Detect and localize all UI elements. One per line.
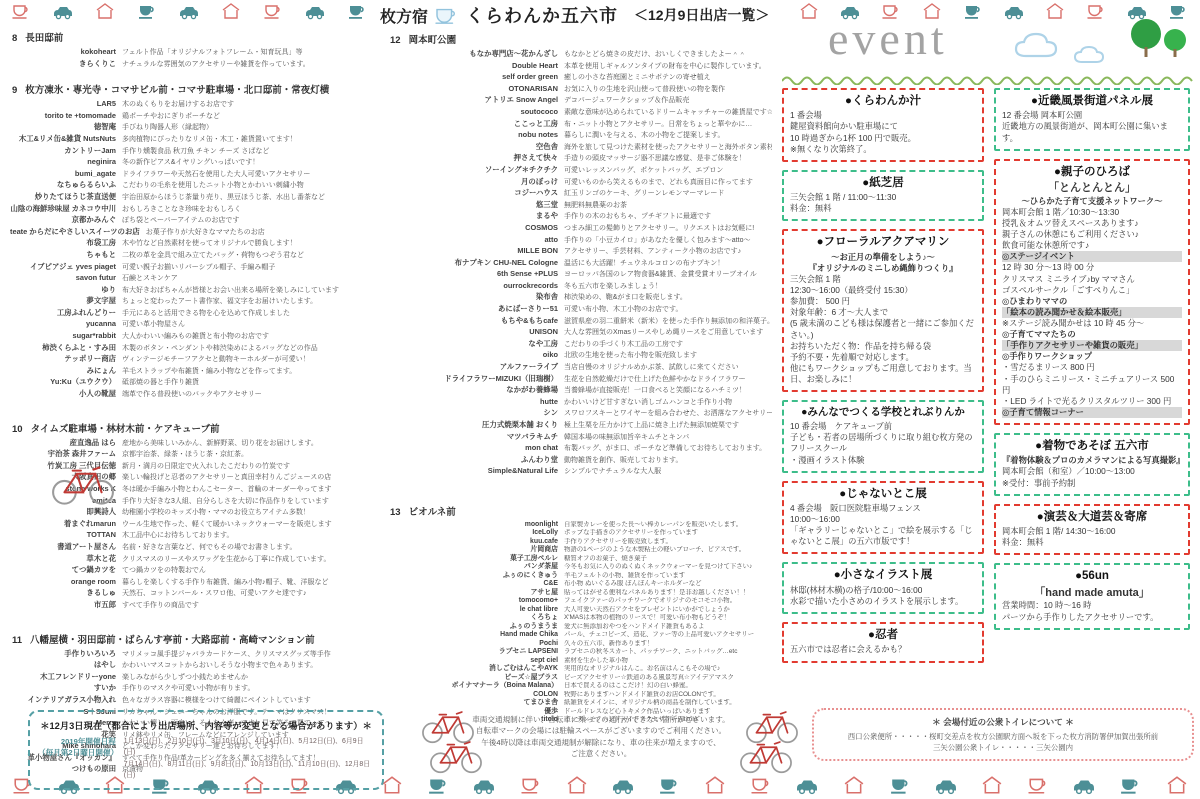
vendor-name: 小人の靴屋 (10, 389, 122, 400)
vendor-row: 菓子工房ペルレ糖質オフのお菓子、焼き菓子 (388, 555, 772, 564)
listing-date-label: ＜12月9日出店一覧＞ (634, 5, 769, 25)
vendor-name: カントリーJam (10, 146, 122, 157)
event-box-line: 料金：無料 (1002, 537, 1182, 548)
vendor-row: 押さえて快々手造りの頭皮マッサージ器不思議な感覚、是非ご体験を！ (388, 153, 772, 165)
event-box-line: 『オリジナルのミニしめ縄飾りつくり』 (790, 263, 976, 274)
vendor-description: 布大好きおばちゃんが皆様とお会い出来る場所を楽しみにしています (122, 286, 382, 297)
vendor-name: ここっと工房 (388, 119, 564, 130)
vendor-description: 癒しの小さな苔庭園とミニサボテンの寄せ植え (564, 73, 772, 84)
vendor-row: シンスワロフスキーとワイヤーを組み合わせた、お洒落なアクセサリー (388, 408, 772, 420)
vendor-description: 紙雑貨をメインに、オリジナル柄の商品を制作しています。 (564, 699, 772, 708)
vendor-description: 手作り大好きな3人組、自分らしさを大切に作品作りをしています (122, 497, 382, 508)
vendor-name: 布ナプキン CHU-NEL Cologne (388, 258, 564, 269)
vendor-name: 布袋工房 (10, 238, 122, 249)
vendor-row: なかがわ養蜂場当養蜂場が直接販売！一口食べると笑顔になるハチミツ！ (388, 385, 772, 397)
vendor-description: 産地から美味しいみかん、新鮮野菜、切り花をお届けします。 (122, 439, 382, 450)
vendor-name: てまひま舎 (388, 699, 564, 708)
house-icon (221, 2, 241, 20)
vendor-row: テッポリー商店ヴィンテージモチーフアクセと動物キーホルダーが可愛い！ (10, 354, 382, 366)
vendor-row: mon chat布製バッグ、がま口、ポーチなど準備してお待ちしております。 (388, 443, 772, 455)
vendor-description: 多肉植物にぴったりなリメ缶・木工・雑貨置いてます！ (122, 135, 382, 146)
vendor-row: インテリアガラス小物入れ色々なガラス容器に模様をつけて綺麗にペイントしています (10, 695, 382, 707)
traffic-note-line: 自転車マークの会場には駐輪スペースがございますのでご利用ください。 (462, 725, 740, 736)
vendor-description: かわいいけど甘すぎない消しゴムハンコと手作り小物 (564, 398, 772, 409)
vendor-description: すべて手作りの商品です (122, 601, 382, 612)
event-box-line: ・手のひらミニリース・ミニチュアリース 500 円 (1002, 374, 1182, 396)
vendor-name: パンダ茶屋 (388, 563, 564, 572)
vendor-name: bumi_agate (10, 169, 122, 180)
decorative-border-top-left (0, 1, 378, 21)
vendor-row: 草木と花クリスマスのリースやスワッグを生花から丁寧に作成しています。 (10, 554, 382, 566)
vendor-description: 手作りの「小豆カイロ」があなたを優しく包みます～atto～ (564, 236, 772, 247)
vendor-description: お菓子作りが大好きなママたちのお店 (146, 228, 382, 239)
bicycle-icon (50, 460, 116, 506)
brand-label: 枚方宿 (380, 4, 428, 27)
vendor-description: 鶏ポーチやおにぎりポーチなど (122, 112, 382, 123)
vendor-name: 工房ふれんどりー (10, 308, 122, 319)
vendor-description: 手作りの木のおもちゃ、プチギフトに最適です (564, 212, 772, 223)
revision-note: ＊12月3日現在（都合により出店場所、内容等が変更となる場合があります）＊ (38, 718, 374, 732)
teacup-outline-icon (11, 2, 31, 20)
section-header: 8長田邸前 (10, 30, 382, 44)
vendor-row: 京都かみんぐぽち袋とペーパーアイテムのお店です (10, 215, 382, 227)
vendor-row: くろちょX'MASは本物の植物のリースで！可愛い布小物もどうぞ！ (388, 614, 772, 623)
vendor-description: 天然石、コットンパール・スワロ他、可愛いアクセ達です♪ (122, 589, 382, 600)
vendor-description: 幼稚園小学校のキッズ小物・ママのお役立ちアイテム多数！ (122, 508, 382, 519)
section-number: 11 (12, 635, 22, 646)
vendor-name: ゆり (10, 285, 122, 296)
vendor-name: Double Heart (388, 61, 564, 72)
vendor-row: ここっと工房布・ニット小物とアクセサリー。日常をちょっと華やかに… (388, 119, 772, 131)
vendor-row: oiko北欧の生地を使った布小物を販売致します (388, 350, 772, 362)
vendor-row: OTONARISANお気に入りの生地を沢山使って普段使いの物を製作 (388, 84, 772, 96)
vendor-row: 布袋工房木や竹など自然素材を使ってオリジナルで勝負します！ (10, 238, 382, 250)
vendor-row: self order green癒しの小さな苔庭園とミニサボテンの寄せ植え (388, 72, 772, 84)
vendor-description: ラプセニの秋冬スカート、パッチワーク、ニットバッグ…etc (564, 648, 772, 657)
vendor-name: 京都かみんぐ (10, 215, 122, 226)
vendor-row: てつ鍋カツをてつ鍋カツをの特製おでん (10, 565, 382, 577)
toilet-note-body: 西口公衆便所・・・・・桜町交差点を枚方公園駅方面へ坂を下った枚方消防署伊加賀出張… (820, 731, 1186, 753)
event-box-line: 飲食可能な休憩所です♪ (1002, 240, 1182, 251)
vendor-name: atto (388, 235, 564, 246)
vendor-description: 滋賀県産の羽二重餅米（新米）を使った手作り無添加の和洋菓子。 (564, 317, 772, 328)
vendor-description: デコパージュワークショップ＆作品販売 (564, 96, 772, 107)
schedule-dates-line1: 1月13日(日)、2月10日(日)、3月10日(日)、4月14日(日)、5月12… (124, 736, 374, 759)
vendor-name: ourrockrecords (388, 281, 564, 292)
vendor-description: 端革で作る普段使いのバックやアクセサリー (122, 390, 382, 401)
traffic-note-line: ご注意ください。 (462, 748, 740, 759)
event-column-left: ●くらわんか汁 1 番会場鍵屋資料館向かい駐車場にて10 時過ぎから1杯 100… (782, 88, 984, 671)
vendor-description: 素敵な意味が込められているドリームキャッチャーの雑貨屋です☆ (564, 108, 772, 119)
vendor-row: 圧力式焼栗本舗 おくり極上生栗を圧力かけて上品に焼き上げた無添加焼栗です (388, 420, 772, 432)
bicycle-icon (738, 736, 794, 774)
vendor-name: 片岡商店 (388, 546, 564, 555)
vendor-description: 可愛い親子お揃いリバーシブル帽子、手編み帽子 (122, 263, 382, 274)
vendor-name: アルファーライブ (388, 362, 564, 373)
event-box-line: 三矢会館 1 階 / 11:00～11:30 (790, 192, 976, 203)
teacup-outline-icon (1026, 775, 1050, 795)
vendor-row: きるしゅ天然石、コットンパール・スワロ他、可愛いアクセ達です♪ (10, 588, 382, 600)
vendor-row: Double Heart本革を使用しギャルソンタイプの財布を中心に製作しています… (388, 61, 772, 73)
section-9: 9枚方凍氷・専光寺・コマサビル前・コマサ駐車場・北口邸前・常夜灯横 LAR5木の… (10, 82, 382, 400)
vendor-name: 6th Sense +PLUS (388, 269, 564, 280)
teacup-icon (433, 5, 461, 25)
event-box-line: 10 番会場 ケアキューブ前 (790, 421, 976, 432)
vendor-row: sept ciel素材を生かした革小物 (388, 657, 772, 666)
car-icon (934, 775, 958, 795)
event-header: event (782, 16, 1196, 88)
vendor-description: 手作りのマスクや可愛い小物が有ります。 (122, 684, 382, 695)
vendor-description: 北欧の生地を使った布小物を販売致します (564, 351, 772, 362)
trees-icon (1128, 16, 1190, 60)
event-box-body: 林邸(林材木横)の格子/10:00～16:00水彩で描いた小さめのイラストを展示… (790, 585, 976, 607)
vendor-name: hutte (388, 397, 564, 408)
vendor-description: 無肥料無農薬のお茶 (564, 201, 772, 212)
vendor-description: 極上生栗を圧力かけて上品に焼き上げた無添加焼栗です (564, 421, 772, 432)
vendor-name: oiko (388, 350, 564, 361)
vendor-description: 牧野にありますハンドメイド雑貨のお店COLONです。 (564, 691, 772, 700)
section-number: 13 (390, 507, 401, 518)
vendor-name: 消しごむはんこやAYK (388, 665, 564, 674)
vendor-description: 二枚の革を金具で組み立てたバッグ・荷物もつぞう君など (122, 251, 382, 262)
event-box-engei: ●演芸＆大道芸＆寄席 岡本町会館 1 階/ 14:30～16:00料金：無料 (994, 504, 1190, 556)
vendor-description: フェルト作品「オリジナルフォトフレーム・知育玩具」等 (122, 48, 382, 59)
event-box-body: 岡本町会館 1 階/ 14:30～16:00料金：無料 (1002, 526, 1182, 548)
vendor-name: シン (388, 408, 564, 419)
vendor-name: コジーハウス (388, 188, 564, 199)
vendor-description: 動物雑貨を創作、販売しております。 (564, 456, 772, 467)
vendor-description: ドライフラワーや天然石を使用した大人可愛いアクセサリー (122, 170, 382, 181)
vendor-row: bumi_agateドライフラワーや天然石を使用した大人可愛いアクセサリー (10, 169, 382, 181)
vendor-description: てつ鍋カツをの特製おでん (122, 566, 382, 577)
event-box-kinki-panel: ●近畿風景街道パネル展 12 番会場 岡本町公園近畿地方の風景街道が、岡本町公園… (994, 88, 1190, 151)
vendor-name: ふぅのにくきゅう (388, 572, 564, 581)
vendor-description: 貼ってはがせる便利なパネルあります！是非お越しください！！ (564, 589, 772, 598)
vendor-name: 山陰の海鮮珍味屋 カネコウ中川 (10, 204, 122, 215)
vendor-description: 大人かわいい編みもの雑貨と布小物のお店です (122, 332, 382, 343)
vendor-name: アトリエ Snow Angel (388, 95, 564, 106)
vendor-row: みにょん羊毛ストラップや布雑貨・編み小物などを作ってます。 (10, 366, 382, 378)
vendor-description: お気に入りの生地を沢山使って普段使いの物を製作 (564, 85, 772, 96)
vendor-description: アクセサリー、手芸材料、アンティーク小物のお店です♪ (564, 247, 772, 258)
vendor-row: ラプセニ LAPSENIラプセニの秋冬スカート、パッチワーク、ニットバッグ…et… (388, 648, 772, 657)
vendor-description: 手作りアクセサリーを販売致します。 (564, 538, 772, 547)
vendor-row: ゆり布大好きおばちゃんが皆様とお会い出来る場所を楽しみにしています (10, 285, 382, 297)
teacup-solid-icon (1118, 775, 1142, 795)
vendor-name: なや工房 (388, 339, 564, 350)
vendor-description: 手元にあると活用できる物を心を込めて作成しました (122, 309, 382, 320)
vendor-description: スワロフスキーとワイヤーを組み合わせた、お洒落なアクセサリー (564, 409, 772, 420)
toilet-note-line: 西口公衆便所・・・・・桜町交差点を枚方公園駅方面へ坂を下った枚方消防署伊加賀出張… (820, 731, 1186, 742)
traffic-note: 車両交通規制に伴い、自転車に乗っての通行ができない箇所がございます。自転車マーク… (462, 714, 740, 760)
vendor-name: MILLE BON (388, 246, 564, 257)
vendor-row: 木工&リメ缶&雑貨 NutsNuts多肉植物にぴったりなリメ缶・木工・雑貨置いて… (10, 134, 382, 146)
vendor-name: kokoheart (10, 47, 122, 58)
vendor-row: torito te +tomomade鶏ポーチやおにぎりポーチなど (10, 111, 382, 123)
vendor-description: ポップな手描きのアクセサリーを作っています (564, 529, 772, 538)
vendor-row: ドライフラワーMIZUKI（旧瑞樹）生花を自然乾燥だけで仕上げた色鮮やかなドライ… (388, 374, 772, 386)
vendor-name: ボイナマナーラ（Boina Malana） (388, 682, 564, 691)
vendor-name: yucanna (10, 319, 122, 330)
vendor-name: 産直逸品 はら (10, 438, 122, 449)
vendor-name: Hand made Chika (388, 631, 564, 640)
vendor-row: まるや手作りの木のおもちゃ、プチギフトに最適です (388, 211, 772, 223)
event-box-line: 「とんとんとん」 (1002, 181, 1182, 196)
schedule-label-line2: （毎月第2日曜日開催） (38, 747, 116, 758)
vendor-name: 手作りいろいろ (10, 649, 122, 660)
event-box-title: ●フローラルアクアマリン (790, 235, 976, 249)
vendor-row: COLON牧野にありますハンドメイド雑貨のお店COLONです。 (388, 691, 772, 700)
vendor-description: 冬も五六市を楽しみましょう！ (564, 282, 772, 293)
vendor-name: 夢文字屋 (10, 296, 122, 307)
event-box-body: ～お正月の準備をしよう♪～『オリジナルのミニしめ縄飾りつくり』三矢会館 1 階1… (790, 252, 976, 385)
car-icon (305, 2, 325, 20)
vendor-row: kokoheartフェルト作品「オリジナルフォトフレーム・知育玩具」等 (10, 47, 382, 59)
event-box-body: 12 番会場 岡本町公園近畿地方の風景街道が、岡本町公園に集います。 (1002, 110, 1182, 143)
vendor-name: IceLolly (388, 529, 564, 538)
vendor-row: パンダ茶屋今冬もお気に入りのぬくぬくネックウォーマーを見つけて下さい♪ (388, 563, 772, 572)
vendor-name: アサヒ屋 (388, 589, 564, 598)
teacup-outline-icon (263, 2, 283, 20)
vendor-row: ビーズ☆屋プラスビーズアクセサリー☆鉄道のある風景写真☆アイデアマスク (388, 674, 772, 683)
vendor-row: orange room暮らしを楽しくする手作り布雑貨、編み小物♪帽子、靴、洋服な… (10, 577, 382, 589)
vendor-description: 当店自慢のオリジナルめかぶ茶、試飲しに来てください (564, 363, 772, 374)
page-title: 枚方宿 くらわんか五六市 ＜12月9日出店一覧＞ (380, 2, 782, 28)
vendor-description: 実用的なオリジナルはんこ。お名前はんこもその場で♪ (564, 665, 772, 674)
event-column-right: ●近畿風景街道パネル展 12 番会場 岡本町公園近畿地方の風景街道が、岡本町公園… (994, 88, 1190, 671)
vendor-row: IceLollyポップな手描きのアクセサリーを作っています (388, 529, 772, 538)
vendor-name: Yu:Ku（ユウクウ） (10, 377, 122, 388)
vendor-row: 徳智庵手びねり陶器人形（縁起物） (10, 122, 382, 134)
vendor-description: 冬の新作ピアス&イヤリングいっぱいです！ (122, 158, 382, 169)
event-box-line: 岡本町会館 1 階／10:30～13:30 (1002, 207, 1182, 218)
vendor-name: 月のぼっけ (388, 177, 564, 188)
section-12: 12岡本町公園 もなか専門店～花かんざしもなかとどら焼きの皮だけ、おいしくできま… (388, 32, 772, 478)
event-box-floral-aquamarine: ●フローラルアクアマリン ～お正月の準備をしよう♪～『オリジナルのミニしめ縄飾り… (782, 229, 984, 392)
vendor-description: 自家製カレーを使った長～い棒カレーパンを販売いたします。 (564, 521, 772, 530)
section-13: 13ビオルネ前 moonlight自家製カレーを使った長～い棒カレーパンを販売い… (388, 504, 772, 725)
event-box-line: 子ども・若者の居場所づくりに取り組む枚方発のフリースクール (790, 432, 976, 454)
event-box-body: 「とんとんとん」～ひらかた子育て支援ネットワーク～岡本町会館 1 階／10:30… (1002, 181, 1182, 418)
event-box-body: 「hand made amuta」営業時間：10 時～16 時パーツから手作りし… (1002, 586, 1182, 623)
vendor-name: 木工フレンドリーyone (10, 672, 122, 683)
vendor-name: 炒りたてほうじ茶直送便 (10, 192, 122, 203)
vendor-list: kokoheartフェルト作品「オリジナルフォトフレーム・知育玩具」等きらくりこ… (10, 47, 382, 70)
vendor-description: 温活にも大活躍！チュウネルコロンの布ナプキン！ (564, 259, 772, 270)
vendor-row: COSMOSつまみ細工の髪飾りとアクセサリー。リクエストはお気軽に! (388, 223, 772, 235)
vendor-row: LAR5木のぬくもりをお届けするお店です (10, 99, 382, 111)
vendor-description: ウール生地で作った、軽くて暖かいネックウォーマーを販売します (122, 520, 382, 531)
vendor-description: 木や竹など自然素材を使ってオリジナルで勝負します！ (122, 239, 382, 250)
vendor-name: あにばーさりー51 (388, 304, 564, 315)
event-box-kimono: ●着物であそぼ 五六市 『着物体験＆プロのカメラマンによる写真撮影』岡本町会館（… (994, 433, 1190, 496)
vendor-row: Simple&Natural Lifeシンプルでナチュラルな大人服 (388, 466, 772, 478)
vendor-row: hutteかわいいけど甘すぎない消しゴムハンコと手作り小物 (388, 397, 772, 409)
event-box-line: 1 番会場 (790, 110, 976, 121)
house-icon (95, 2, 115, 20)
car-icon (53, 2, 73, 20)
vendor-row: atto手作りの「小豆カイロ」があなたを優しく包みます～atto～ (388, 235, 772, 247)
section-number: 9 (12, 85, 17, 96)
vendor-name: きるしゅ (10, 588, 122, 599)
event-box-free-school: ●みんなでつくる学校とれぶりんか 10 番会場 ケアキューブ前子ども・若者の居場… (782, 400, 984, 473)
section-number: 10 (12, 424, 23, 435)
event-box-line: 五六市では忍者に会えるかも？ (790, 644, 976, 655)
event-box-body: 10 番会場 ケアキューブ前子ども・若者の居場所づくりに取り組む枚方発のフリース… (790, 421, 976, 465)
grass-icon (782, 73, 1194, 85)
vendor-description: マリメッコ風手提ジャバラカードケース、クリスマスグッズ等手作 (122, 650, 382, 661)
vendor-name: 圧力式焼栗本舗 おくり (388, 420, 564, 431)
event-box-ninja: ●忍者 五六市では忍者に会えるかも？ (782, 622, 984, 662)
event-box-line: 12 番会場 岡本町公園 (1002, 110, 1182, 121)
vendor-row: イブピアジェ yves piaget可愛い親子お揃いリバーシブル帽子、手編み帽子 (10, 262, 382, 274)
vendor-description: 石鹸とスキンケア (122, 274, 382, 285)
event-box-line: 営業時間：10 時～16 時 (1002, 600, 1182, 611)
vendor-row: 小人の靴屋端革で作る普段使いのバックやアクセサリー (10, 389, 382, 401)
vendor-name: テッポリー商店 (10, 354, 122, 365)
event-box-body: 1 番会場鍵屋資料館向かい駐車場にて10 時過ぎから1杯 100 円で販売。※無… (790, 110, 976, 154)
vendor-name: 空色舎 (388, 142, 564, 153)
vendor-row: 即興詩人幼稚園小学校のキッズ小物・ママのお役立ちアイテム多数！ (10, 507, 382, 519)
schedule-label: 2019年開催日程 （毎月第2日曜日開催） (38, 736, 116, 782)
vendor-name: もなか専門店～花かんざし (388, 49, 564, 60)
vendor-row: 片岡商店物語の1ページのような木製粘土の軽いブローチ、ピアスです。 (388, 546, 772, 555)
section-header: 10タイムズ駐車場・林材木前・ケアキューブ前 (10, 421, 382, 435)
vendor-name: ちゃもと (10, 250, 122, 261)
vendor-description: おもしろきことなき珍味をおもしろく (122, 205, 382, 216)
event-box-title: ●演芸＆大道芸＆寄席 (1002, 510, 1182, 524)
vendor-row: 手作りいろいろマリメッコ風手提ジャバラカードケース、クリスマスグッズ等手作 (10, 649, 382, 661)
vendor-row: yucanna可愛い革小物屋さん (10, 319, 382, 331)
vendor-name: torito te +tomomade (10, 111, 122, 122)
vendor-row: le chat libre大人可愛い天然石アクセをプレゼントにいかがでしょうか (388, 606, 772, 615)
column-left: 8長田邸前 kokoheartフェルト作品「オリジナルフォトフレーム・知育玩具」… (10, 30, 382, 782)
vendor-row: 布ナプキン CHU-NEL Cologne温活にも大活躍！チュウネルコロンの布ナ… (388, 258, 772, 270)
event-boxes: ●くらわんか汁 1 番会場鍵屋資料館向かい駐車場にて10 時過ぎから1杯 100… (782, 88, 1196, 671)
vendor-description: 可愛い布小物、木工小物のお店です。 (564, 305, 772, 316)
event-box-line: 近畿地方の風景街道が、岡本町公園に集います。 (1002, 121, 1182, 143)
event-box-body: 『着物体験＆プロのカメラマンによる写真撮影』岡本町会館（和室）／10:00～13… (1002, 455, 1182, 488)
section-title: 八幡屋横・羽田邸前・ばらんす亭前・大路邸前・高崎マンション前 (30, 635, 315, 646)
section-number: 12 (390, 35, 401, 46)
vendor-name: savon futur (10, 273, 122, 284)
car-icon (795, 775, 819, 795)
event-box-title: ●じゃないとこ展 (790, 487, 976, 501)
event-box-line: 参加費： 500 円 (790, 296, 976, 307)
event-box-line: ～ひらかた子育て支援ネットワーク～ (1002, 196, 1182, 207)
vendor-row: アサヒ屋貼ってはがせる便利なパネルあります！是非お越しください！！ (388, 589, 772, 598)
vendor-name: くろちょ (388, 614, 564, 623)
vendor-name: self order green (388, 72, 564, 83)
event-box-line: 『着物体験＆プロのカメラマンによる写真撮影』 (1002, 455, 1182, 466)
vendor-row: 空色舎海外を旅して見つけた素材を使ったアクセサリーと海外ボタン素材 (388, 142, 772, 154)
vendor-row: Hand made Chikaパール、チェコビーズ、造花、ファー等の上品可愛いア… (388, 631, 772, 640)
vendor-row: soutococo素敵な意味が込められているドリームキャッチャーの雑貨屋です☆ (388, 107, 772, 119)
vendor-description: 今冬もお気に入りのぬくぬくネックウォーマーを見つけて下さい♪ (564, 563, 772, 572)
vendor-row: tomocomo+フェイクファーのパッチワークでオリジナのモコモコ小物。 (388, 597, 772, 606)
event-box-kamishibai: ●紙芝居 三矢会館 1 階 / 11:00～11:30料金：無料 (782, 170, 984, 222)
toilet-note-line: 三矢公園公衆トイレ・・・・・三矢公園内 (820, 742, 1186, 753)
vendor-description: 糖質オフのお菓子、焼き菓子 (564, 555, 772, 564)
vendor-name: 木工&リメ缶&雑貨 NutsNuts (10, 134, 122, 145)
vendor-row: すいか手作りのマスクや可愛い小物が有ります。 (10, 683, 382, 695)
vendor-row: もちや&もちcafe滋賀県産の羽二重餅米（新米）を使った手作り無添加の和洋菓子。 (388, 316, 772, 328)
vendor-name: 押さえて快々 (388, 153, 564, 164)
event-box-line: 鍵屋資料館向かい駐車場にて (790, 121, 976, 132)
traffic-note-line: 車両交通規制に伴い、自転車に乗っての通行ができない箇所がございます。 (462, 714, 740, 725)
event-box-line: 岡本町会館 1 階/ 14:30～16:00 (1002, 526, 1182, 537)
event-box-title: ●忍者 (790, 628, 976, 642)
vendor-name: 着まぐれmarun (10, 519, 122, 530)
vendor-name: nobu notes (388, 130, 564, 141)
house-icon (842, 775, 866, 795)
section-header: 13ビオルネ前 (388, 504, 772, 518)
vendor-description: 韓国本場の味無添加旨辛キムチとキンパ (564, 433, 772, 444)
vendor-description: ビーズアクセサリー☆鉄道のある風景写真☆アイデアマスク (564, 674, 772, 683)
vendor-description: 久々の五六市、新作あります！ (564, 640, 772, 649)
vendor-description: こだわりの毛糸を使用したニット小物とかわいい刺繍小物 (122, 181, 382, 192)
vendor-description: 冬は暖か手編み小物とわんこセーター、首輪のオーダーやってます (122, 485, 382, 496)
house-icon (1165, 775, 1189, 795)
vendor-name: 宇治茶 森井ファーム (10, 449, 122, 460)
event-box-line: パーツから手作りしたアクセサリーです。 (1002, 612, 1182, 623)
vendor-description: 物語の1ページのような木製粘土の軽いブローチ、ピアスです。 (564, 546, 772, 555)
vendor-name: OTONARISAN (388, 84, 564, 95)
vendor-description: 楽しい輪投げと忍者のアクセサリーと真田幸村りんごジュースの店 (122, 473, 382, 484)
vendor-name: マツバラキムチ (388, 432, 564, 443)
vendor-description: 手造りの頭皮マッサージ器不思議な感覚、是非ご体験を！ (564, 154, 772, 165)
vendor-description: 布・ニット小物とアクセサリー。日常をちょっと華やかに… (564, 120, 772, 131)
event-box-line: 授乳＆オムツ替えスペースあります♪ (1002, 218, 1182, 229)
vendor-description: 京都宇治茶、緑茶・ほうじ茶・京紅茶。 (122, 450, 382, 461)
vendor-name: 悠三堂 (388, 200, 564, 211)
vendor-name: mon chat (388, 443, 564, 454)
vendor-description: 可愛いものから笑えるものまで、どれも真面目に作ってます (564, 178, 772, 189)
vendor-name: 柿渋くらふと・すみ田 (10, 343, 122, 354)
event-box-line: ◎手作りワークショップ (1002, 351, 1182, 362)
event-heading-label: event (828, 16, 948, 62)
car-icon (472, 775, 496, 795)
section-number: 8 (12, 33, 17, 44)
vendor-description: 愛犬に無添加おやつをハンドメイド雑貨もあるよ (564, 623, 772, 632)
vendor-description: 大人可愛い天然石アクセをプレゼントにいかがでしょうか (564, 606, 772, 615)
vendor-row: savon futur石鹸とスキンケア (10, 273, 382, 285)
vendor-name: neginira (10, 157, 122, 168)
vendor-row: 市五郎すべて手作りの商品です (10, 600, 382, 612)
vendor-name: はやし (10, 660, 122, 671)
vendor-description: 本革を使用しギャルソンタイプの財布を中心に製作しています。 (564, 62, 772, 73)
vendor-name: COSMOS (388, 223, 564, 234)
event-box-line: 12 時 30 分～13 時 00 分 (1002, 262, 1182, 273)
vendor-row: C&E布小物 ぬいぐるみ服 ぼんぼんキーホルダーなど (388, 580, 772, 589)
vendor-row: 工房ふれんどりー手元にあると活用できる物を心を込めて作成しました (10, 308, 382, 320)
vendor-name: soutococo (388, 107, 564, 118)
event-box-title: ●親子のひろば (1002, 165, 1182, 179)
vendor-description: 可愛い革小物屋さん (122, 320, 382, 331)
event-box-oyako-hiroba: ●親子のひろば 「とんとんとん」～ひらかた子育て支援ネットワーク～岡本町会館 1… (994, 159, 1190, 425)
event-box-line: 三矢会館 1 階 (790, 274, 976, 285)
vendor-description: 木のぬくもりをお届けするお店です (122, 100, 382, 111)
vendor-name: UNISON (388, 327, 564, 338)
vendor-name: 染布舎 (388, 292, 564, 303)
event-box-line: ゴスペルサークル「ごすぺりんこ」 (1002, 285, 1182, 296)
vendor-row: kuu.cafe手作りアクセサリーを販売致します。 (388, 538, 772, 547)
vendor-description: 砥部焼の器と手作り雑貨 (122, 378, 382, 389)
vendor-name: きらくりこ (10, 59, 122, 70)
event-box-line: 親子さんの休憩にもご利用ください♪ (1002, 229, 1182, 240)
event-box-line: ※受付：事前予約制 (1002, 478, 1182, 489)
vendor-name: なかがわ養蜂場 (388, 385, 564, 396)
